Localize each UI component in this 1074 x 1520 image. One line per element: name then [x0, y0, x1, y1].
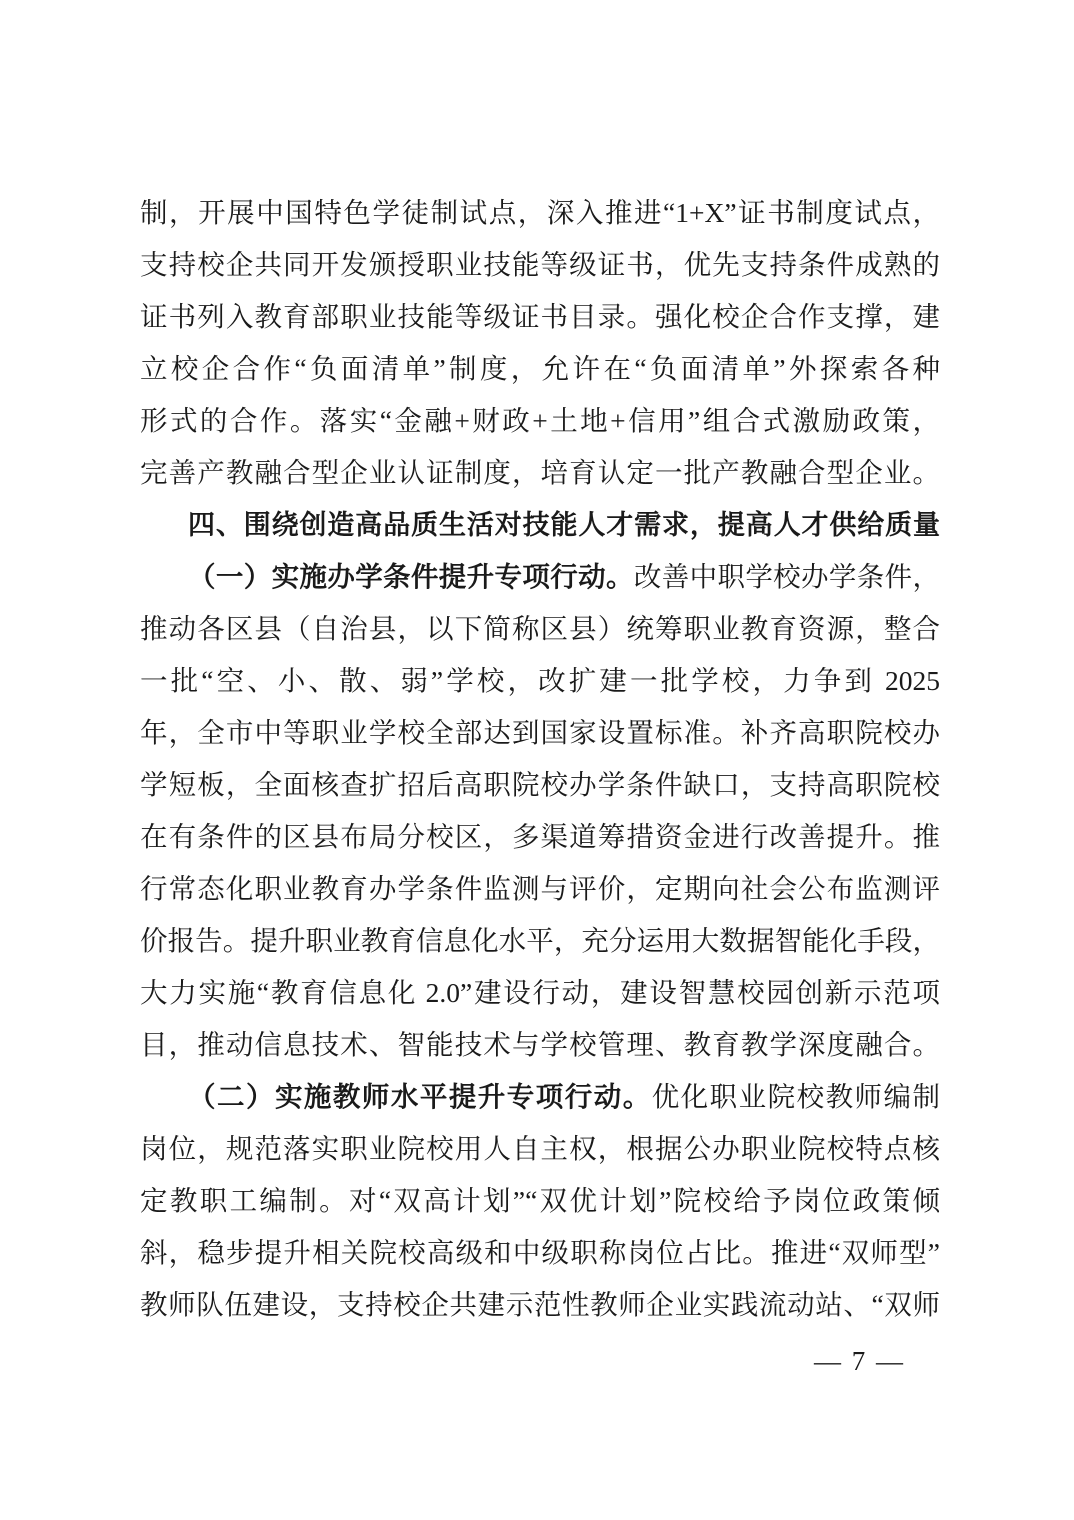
text-segment-song: 年，全市中等职业学校全部达到国家设置标准。补齐高职院校办: [140, 717, 940, 748]
text-line: 一批“空、小、散、弱”学校，改扩建一批学校，力争到 2025: [140, 655, 940, 707]
text-line: 四、围绕创造高品质生活对技能人才需求，提高人才供给质量: [140, 499, 940, 551]
text-line: 价报告。提升职业教育信息化水平，充分运用大数据智能化手段，: [140, 915, 940, 967]
text-segment-song: 优化职业院校教师编制: [652, 1081, 940, 1112]
text-segment-hei: 四、围绕创造高品质生活对技能人才需求，提高人才供给质量: [188, 510, 940, 540]
text-segment-song: 教师队伍建设，支持校企共建示范性教师企业实践流动站、“双师: [140, 1289, 940, 1320]
text-segment-kai: （一）实施办学条件提升专项行动。: [188, 561, 634, 592]
text-segment-song: 立校企合作“负面清单”制度，允许在“负面清单”外探索各种: [140, 353, 940, 384]
text-segment-song: 形式的合作。落实“金融+财政+土地+信用”组合式激励政策，: [140, 405, 940, 436]
text-segment-song: 制，开展中国特色学徒制试点，深入推进“1+X”证书制度试点，: [140, 197, 940, 228]
text-segment-song: 改善中职学校办学条件，: [634, 561, 940, 592]
text-line: 支持校企共同开发颁授职业技能等级证书，优先支持条件成熟的: [140, 239, 940, 291]
text-line: 完善产教融合型企业认证制度，培育认定一批产教融合型企业。: [140, 447, 940, 499]
text-line: （一）实施办学条件提升专项行动。改善中职学校办学条件，: [140, 551, 940, 603]
text-line: 证书列入教育部职业技能等级证书目录。强化校企合作支撑，建: [140, 291, 940, 343]
page-footer: — 7 —: [140, 1331, 940, 1391]
document-body: 制，开展中国特色学徒制试点，深入推进“1+X”证书制度试点，支持校企共同开发颁授…: [140, 187, 940, 1331]
text-segment-kai: （二）实施教师水平提升专项行动。: [188, 1081, 652, 1112]
text-line: （二）实施教师水平提升专项行动。优化职业院校教师编制: [140, 1071, 940, 1123]
text-line: 推动各区县（自治县，以下简称区县）统筹职业教育资源，整合: [140, 603, 940, 655]
text-line: 学短板，全面核查扩招后高职院校办学条件缺口，支持高职院校: [140, 759, 940, 811]
text-line: 斜，稳步提升相关院校高级和中级职称岗位占比。推进“双师型”: [140, 1227, 940, 1279]
text-line: 制，开展中国特色学徒制试点，深入推进“1+X”证书制度试点，: [140, 187, 940, 239]
text-line: 定教职工编制。对“双高计划”“双优计划”院校给予岗位政策倾: [140, 1175, 940, 1227]
text-segment-song: 学短板，全面核查扩招后高职院校办学条件缺口，支持高职院校: [140, 769, 940, 800]
text-segment-song: 价报告。提升职业教育信息化水平，充分运用大数据智能化手段，: [140, 925, 940, 956]
text-line: 岗位，规范落实职业院校用人自主权，根据公办职业院校特点核: [140, 1123, 940, 1175]
text-segment-song: 证书列入教育部职业技能等级证书目录。强化校企合作支撑，建: [140, 301, 940, 332]
text-segment-song: 在有条件的区县布局分校区，多渠道筹措资金进行改善提升。推: [140, 821, 940, 852]
text-segment-song: 大力实施“教育信息化 2.0”建设行动，建设智慧校园创新示范项: [140, 977, 940, 1008]
text-line: 立校企合作“负面清单”制度，允许在“负面清单”外探索各种: [140, 343, 940, 395]
text-line: 在有条件的区县布局分校区，多渠道筹措资金进行改善提升。推: [140, 811, 940, 863]
text-segment-song: 定教职工编制。对“双高计划”“双优计划”院校给予岗位政策倾: [140, 1185, 940, 1216]
text-line: 目，推动信息技术、智能技术与学校管理、教育教学深度融合。: [140, 1019, 940, 1071]
text-segment-song: 支持校企共同开发颁授职业技能等级证书，优先支持条件成熟的: [140, 249, 940, 280]
text-segment-song: 推动各区县（自治县，以下简称区县）统筹职业教育资源，整合: [140, 613, 940, 644]
text-segment-song: 行常态化职业教育办学条件监测与评价，定期向社会公布监测评: [140, 873, 940, 904]
text-line: 形式的合作。落实“金融+财政+土地+信用”组合式激励政策，: [140, 395, 940, 447]
text-segment-song: 岗位，规范落实职业院校用人自主权，根据公办职业院校特点核: [140, 1133, 940, 1164]
text-segment-song: 目，推动信息技术、智能技术与学校管理、教育教学深度融合。: [140, 1029, 940, 1060]
text-line: 行常态化职业教育办学条件监测与评价，定期向社会公布监测评: [140, 863, 940, 915]
text-segment-song: 一批“空、小、散、弱”学校，改扩建一批学校，力争到 2025: [140, 665, 940, 696]
text-segment-song: 斜，稳步提升相关院校高级和中级职称岗位占比。推进“双师型”: [140, 1237, 940, 1268]
text-line: 教师队伍建设，支持校企共建示范性教师企业实践流动站、“双师: [140, 1279, 940, 1331]
text-line: 年，全市中等职业学校全部达到国家设置标准。补齐高职院校办: [140, 707, 940, 759]
text-line: 大力实施“教育信息化 2.0”建设行动，建设智慧校园创新示范项: [140, 967, 940, 1019]
document-page: 制，开展中国特色学徒制试点，深入推进“1+X”证书制度试点，支持校企共同开发颁授…: [0, 0, 1074, 1520]
text-segment-song: 完善产教融合型企业认证制度，培育认定一批产教融合型企业。: [140, 457, 940, 488]
page-number: — 7 —: [814, 1331, 905, 1391]
